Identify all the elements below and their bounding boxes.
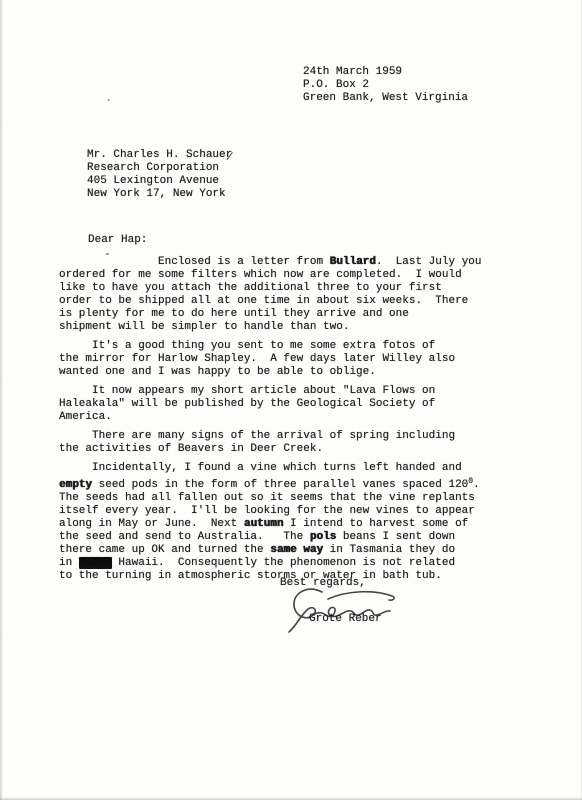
overtyped-word: empty [59,479,92,491]
date-line: 24th March 1959 [303,66,468,79]
text-run: to the turning in atmospheric storms or … [59,570,442,582]
pencil-check-mark: / [225,152,233,166]
text-run: beans I sent down [336,531,455,543]
body-line: There are many signs of the arrival of s… [59,430,529,443]
typed-signature-name: Grote Reber [309,613,382,626]
paragraph: Enclosed is a letter from Bullard. Last … [59,256,529,334]
body-line: itself every year. I'll be looking for t… [59,505,529,518]
date-line: Green Bank, West Virginia [303,92,468,105]
body-line: America. [59,411,529,424]
overtyped-word: autumn [244,518,284,530]
body-line: shipment will be simpler to handle than … [59,321,529,334]
text-run: There are many signs of the arrival of s… [59,430,455,442]
recipient-address-block: Mr. Charles H. SchauerResearch Corporati… [87,149,232,201]
text-run: ordered for me some filters which now ar… [59,269,462,281]
body-line: It's a good thing you sent to me some ex… [59,340,529,353]
body-line: like to have you attach the additional t… [59,282,529,295]
text-run: I intend to harvest some of [283,518,468,530]
body-line: The seeds had all fallen out so it seems… [59,492,529,505]
text-run: It's a good thing you sent to me some ex… [59,340,435,352]
scan-speck: . [467,505,474,518]
recipient-line: Mr. Charles H. Schauer [87,149,232,162]
body-line: the seed and send to Australia. The pols… [59,531,529,544]
body-line: ordered for me some filters which now ar… [59,269,529,282]
recipient-line: Research Corporation [87,162,232,175]
paragraph: It now appears my short article about "L… [59,385,529,424]
body-line: wanted one and I was happy to be able to… [59,366,529,379]
overtyped-word: pols [310,531,336,543]
text-run: like to have you attach the additional t… [59,282,442,294]
text-run: along in May or June. Next [59,518,244,530]
body-line: the mirror for Harlow Shapley. A few day… [59,353,529,366]
body-line: order to be shipped all at one time in a… [59,295,529,308]
text-run: The seeds had all fallen out so it seems… [59,492,475,504]
text-run: Incidentally, I found a vine which turns… [59,462,462,474]
text-run: order to be shipped all at one time in a… [59,295,468,307]
handwritten-signature [286,584,416,634]
date-line: P.O. Box 2 [303,79,468,92]
body-line: Haleakala" will be published by the Geol… [59,398,529,411]
text-run: there came up OK and turned the [59,544,270,556]
body-line: there came up OK and turned the same way… [59,544,529,557]
paragraph: It's a good thing you sent to me some ex… [59,340,529,379]
text-run: It now appears my short article about "L… [59,385,435,397]
text-run: in [59,557,79,569]
overtyped-word: Bullard [330,256,376,268]
text-run: Haleakala" will be published by the Geol… [59,398,435,410]
censored-word: XXXXX [79,557,112,569]
text-run: in Tasmania they do [323,544,455,556]
text-run: shipment will be simpler to handle than … [59,321,349,333]
overtyped-word: same way [270,544,323,556]
body-line: along in May or June. Next autumn I inte… [59,518,529,531]
body-line: the activities of Beavers in Deer Creek. [59,443,529,456]
scan-speck: . [105,92,112,105]
text-run: seed pods in the form of three parallel … [92,479,468,491]
text-run: is plenty for me to do here until they a… [59,308,409,320]
text-run: . Last July you [376,256,482,268]
pencil-tick-mark: - [103,247,113,261]
body-line: in XXXXX Hawaii. Consequently the phenom… [59,557,529,570]
text-run: America. [59,411,112,423]
text-run: . [473,479,480,491]
text-run: wanted one and I was happy to be able to… [59,366,376,378]
recipient-line: New York 17, New York [87,188,232,201]
body-line: is plenty for me to do here until they a… [59,308,529,321]
salutation: Dear Hap: [88,234,147,247]
body-line: Incidentally, I found a vine which turns… [59,462,529,475]
recipient-line: 405 Lexington Avenue [87,175,232,188]
text-run: Enclosed is a letter from [59,256,330,268]
text-run: itself every year. I'll be looking for t… [59,505,475,517]
letter-body: Enclosed is a letter from Bullard. Last … [59,256,529,589]
body-line: Enclosed is a letter from Bullard. Last … [59,256,529,269]
date-address-block: 24th March 1959P.O. Box 2Green Bank, Wes… [303,66,468,105]
text-run: Hawaii. Consequently the phenomenon is n… [112,557,455,569]
scanned-letter-page: 24th March 1959P.O. Box 2Green Bank, Wes… [0,0,582,800]
text-run: the mirror for Harlow Shapley. A few day… [59,353,455,365]
paragraph: There are many signs of the arrival of s… [59,430,529,456]
scan-edge-left [0,0,3,800]
text-run: the seed and send to Australia. The [59,531,310,543]
paragraph: Incidentally, I found a vine which turns… [59,462,529,583]
text-run: the activities of Beavers in Deer Creek. [59,443,323,455]
body-line: empty seed pods in the form of three par… [59,475,529,492]
body-line: It now appears my short article about "L… [59,385,529,398]
